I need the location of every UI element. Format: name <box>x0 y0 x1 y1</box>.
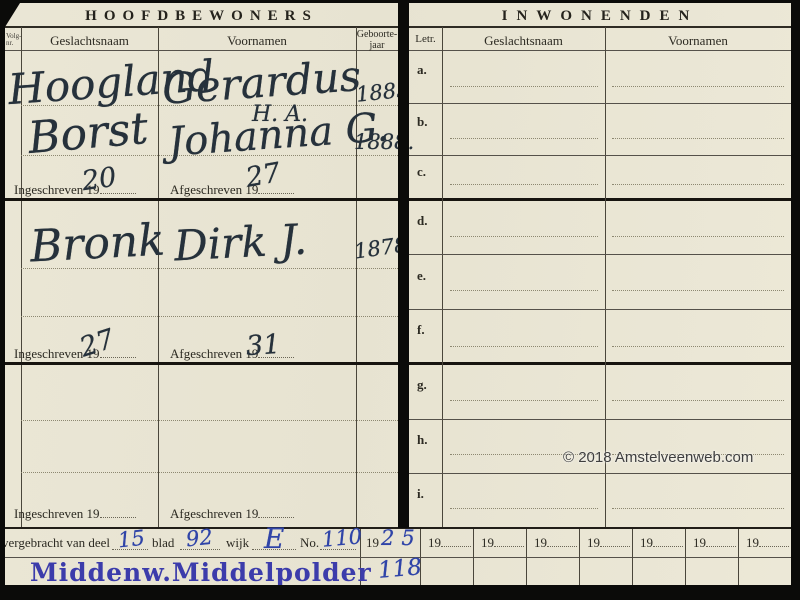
cell-divider <box>579 529 580 585</box>
jaar-cell-text: 19 <box>534 535 547 550</box>
handwritten-ingeschreven-year: 20 <box>80 162 118 197</box>
dotted-writing-line <box>450 236 598 237</box>
jaar-cell: 19 <box>428 535 471 551</box>
no-label: No. <box>300 535 319 551</box>
scan-border-left <box>0 0 5 600</box>
cell-divider <box>738 529 739 585</box>
handwritten-no: 110 <box>321 524 363 551</box>
letr-header: Letr. <box>409 33 442 45</box>
dotted-writing-line <box>612 400 784 401</box>
row-divider <box>409 103 791 104</box>
row-divider <box>409 309 791 310</box>
geboortejaar-header-line2: jaar <box>356 40 398 51</box>
volgnr-header: Volg- nr. <box>6 33 21 47</box>
handwritten-surname: Bronk <box>29 215 166 273</box>
row-divider <box>409 419 791 420</box>
dotted-writing-line <box>612 290 784 291</box>
dotted-blank <box>100 507 136 518</box>
jaar-cell-text: 19 <box>428 535 441 550</box>
afgeschreven-text: Afgeschreven 19 <box>170 182 258 197</box>
scan-border-bottom <box>0 585 800 600</box>
copyright-watermark: © 2018 Amstelveenweb.com <box>563 449 753 466</box>
handwritten-afgeschreven-year: 27 <box>244 157 283 193</box>
volgnr-header-line2: nr. <box>6 40 21 47</box>
ingeschreven-label: Ingeschreven 19 <box>14 346 136 362</box>
scan-border-right <box>791 0 800 600</box>
title-divider <box>409 26 791 28</box>
dotted-blank <box>600 536 630 547</box>
row-letter: g. <box>417 377 427 393</box>
address-stamp: Middenw.Middelpolder <box>30 558 372 587</box>
jaar-cell: 19 <box>587 535 630 551</box>
overgebracht-label: vergebracht van deel <box>2 535 110 551</box>
row-letter: e. <box>417 268 426 284</box>
row-letter: f. <box>417 322 425 338</box>
dotted-writing-line <box>21 420 398 421</box>
hoofdbewoners-title: HOOFDBEWONERS <box>5 8 398 25</box>
jaar-cell-text: 19 <box>587 535 600 550</box>
dotted-writing-line <box>450 138 598 139</box>
cell-divider <box>685 529 686 585</box>
voornamen-header: Voornamen <box>605 33 791 49</box>
dotted-writing-line <box>450 290 598 291</box>
scan-corner-shadow <box>5 3 20 27</box>
book-gutter <box>398 3 409 528</box>
jaar-label: 19 <box>366 535 379 551</box>
dotted-writing-line <box>612 86 784 87</box>
dotted-writing-line <box>450 184 598 185</box>
jaar-cell-text: 19 <box>640 535 653 550</box>
jaar-cell-text: 19 <box>746 535 759 550</box>
wijk-label: wijk <box>226 535 249 551</box>
handwritten-huisnummer: 118 <box>377 554 423 584</box>
cell-divider <box>526 529 527 585</box>
handwritten-surname: Borst <box>26 103 150 164</box>
dotted-writing-line <box>21 472 398 473</box>
geboortejaar-header: Geboorte- jaar <box>356 29 398 51</box>
jaar-cell: 19 <box>693 535 736 551</box>
dotted-blank <box>706 536 736 547</box>
handwritten-firstname: Dirk J. <box>173 215 308 271</box>
cell-divider <box>473 529 474 585</box>
row-divider <box>409 155 791 156</box>
handwritten-blad: 92 <box>185 525 214 552</box>
row-letter: b. <box>417 114 427 130</box>
row-letter: c. <box>417 164 426 180</box>
ingeschreven-text: Ingeschreven 19 <box>14 506 100 521</box>
column-divider <box>442 27 443 527</box>
geboortejaar-header-line1: Geboorte- <box>356 29 398 40</box>
jaar-cell: 19 <box>746 535 789 551</box>
dotted-blank <box>441 536 471 547</box>
geslachtsnaam-header: Geslachtsnaam <box>21 33 158 49</box>
dotted-writing-line <box>612 508 784 509</box>
jaar-cell: 19 <box>534 535 577 551</box>
row-divider <box>409 473 791 474</box>
dotted-blank <box>653 536 683 547</box>
row-letter: i. <box>417 486 424 502</box>
dotted-blank <box>494 536 524 547</box>
jaar-cell: 19 <box>481 535 524 551</box>
dotted-blank <box>258 507 294 518</box>
row-letter: d. <box>417 213 427 229</box>
jaar-cell: 19 <box>640 535 683 551</box>
afgeschreven-text: Afgeschreven 19 <box>170 506 258 521</box>
handwritten-deel: 15 <box>117 526 146 553</box>
dotted-writing-line <box>450 508 598 509</box>
title-divider <box>5 26 398 28</box>
row-letter: a. <box>417 62 427 78</box>
dotted-writing-line <box>612 184 784 185</box>
dotted-writing-line <box>450 400 598 401</box>
dotted-writing-line <box>450 86 598 87</box>
header-divider <box>409 50 791 51</box>
ingeschreven-label: Ingeschreven 19 <box>14 506 136 522</box>
scanned-register-page: { "colors": {"paper":"#e9e5d4","ink":"#2… <box>0 0 800 600</box>
dotted-writing-line <box>612 346 784 347</box>
jaar-cell-text: 19 <box>481 535 494 550</box>
dotted-blank <box>759 536 789 547</box>
dotted-writing-line <box>21 316 398 317</box>
voornamen-header: Voornamen <box>158 33 356 49</box>
dotted-blank <box>547 536 577 547</box>
handwritten-wijk: E <box>264 522 284 555</box>
scan-border-top <box>0 0 800 3</box>
row-divider <box>409 254 791 255</box>
geslachtsnaam-header: Geslachtsnaam <box>442 33 605 49</box>
cell-divider <box>632 529 633 585</box>
dotted-writing-line <box>612 138 784 139</box>
afgeschreven-label: Afgeschreven 19 <box>170 506 294 522</box>
dotted-writing-line <box>612 236 784 237</box>
inwonenden-title: INWONENDEN <box>409 8 791 25</box>
dotted-writing-line <box>450 346 598 347</box>
handwritten-jaar: 25 <box>381 526 422 550</box>
blad-label: blad <box>152 535 174 551</box>
handwritten-afgeschreven-year: 31 <box>245 329 281 362</box>
row-letter: h. <box>417 432 427 448</box>
jaar-cell-text: 19 <box>693 535 706 550</box>
